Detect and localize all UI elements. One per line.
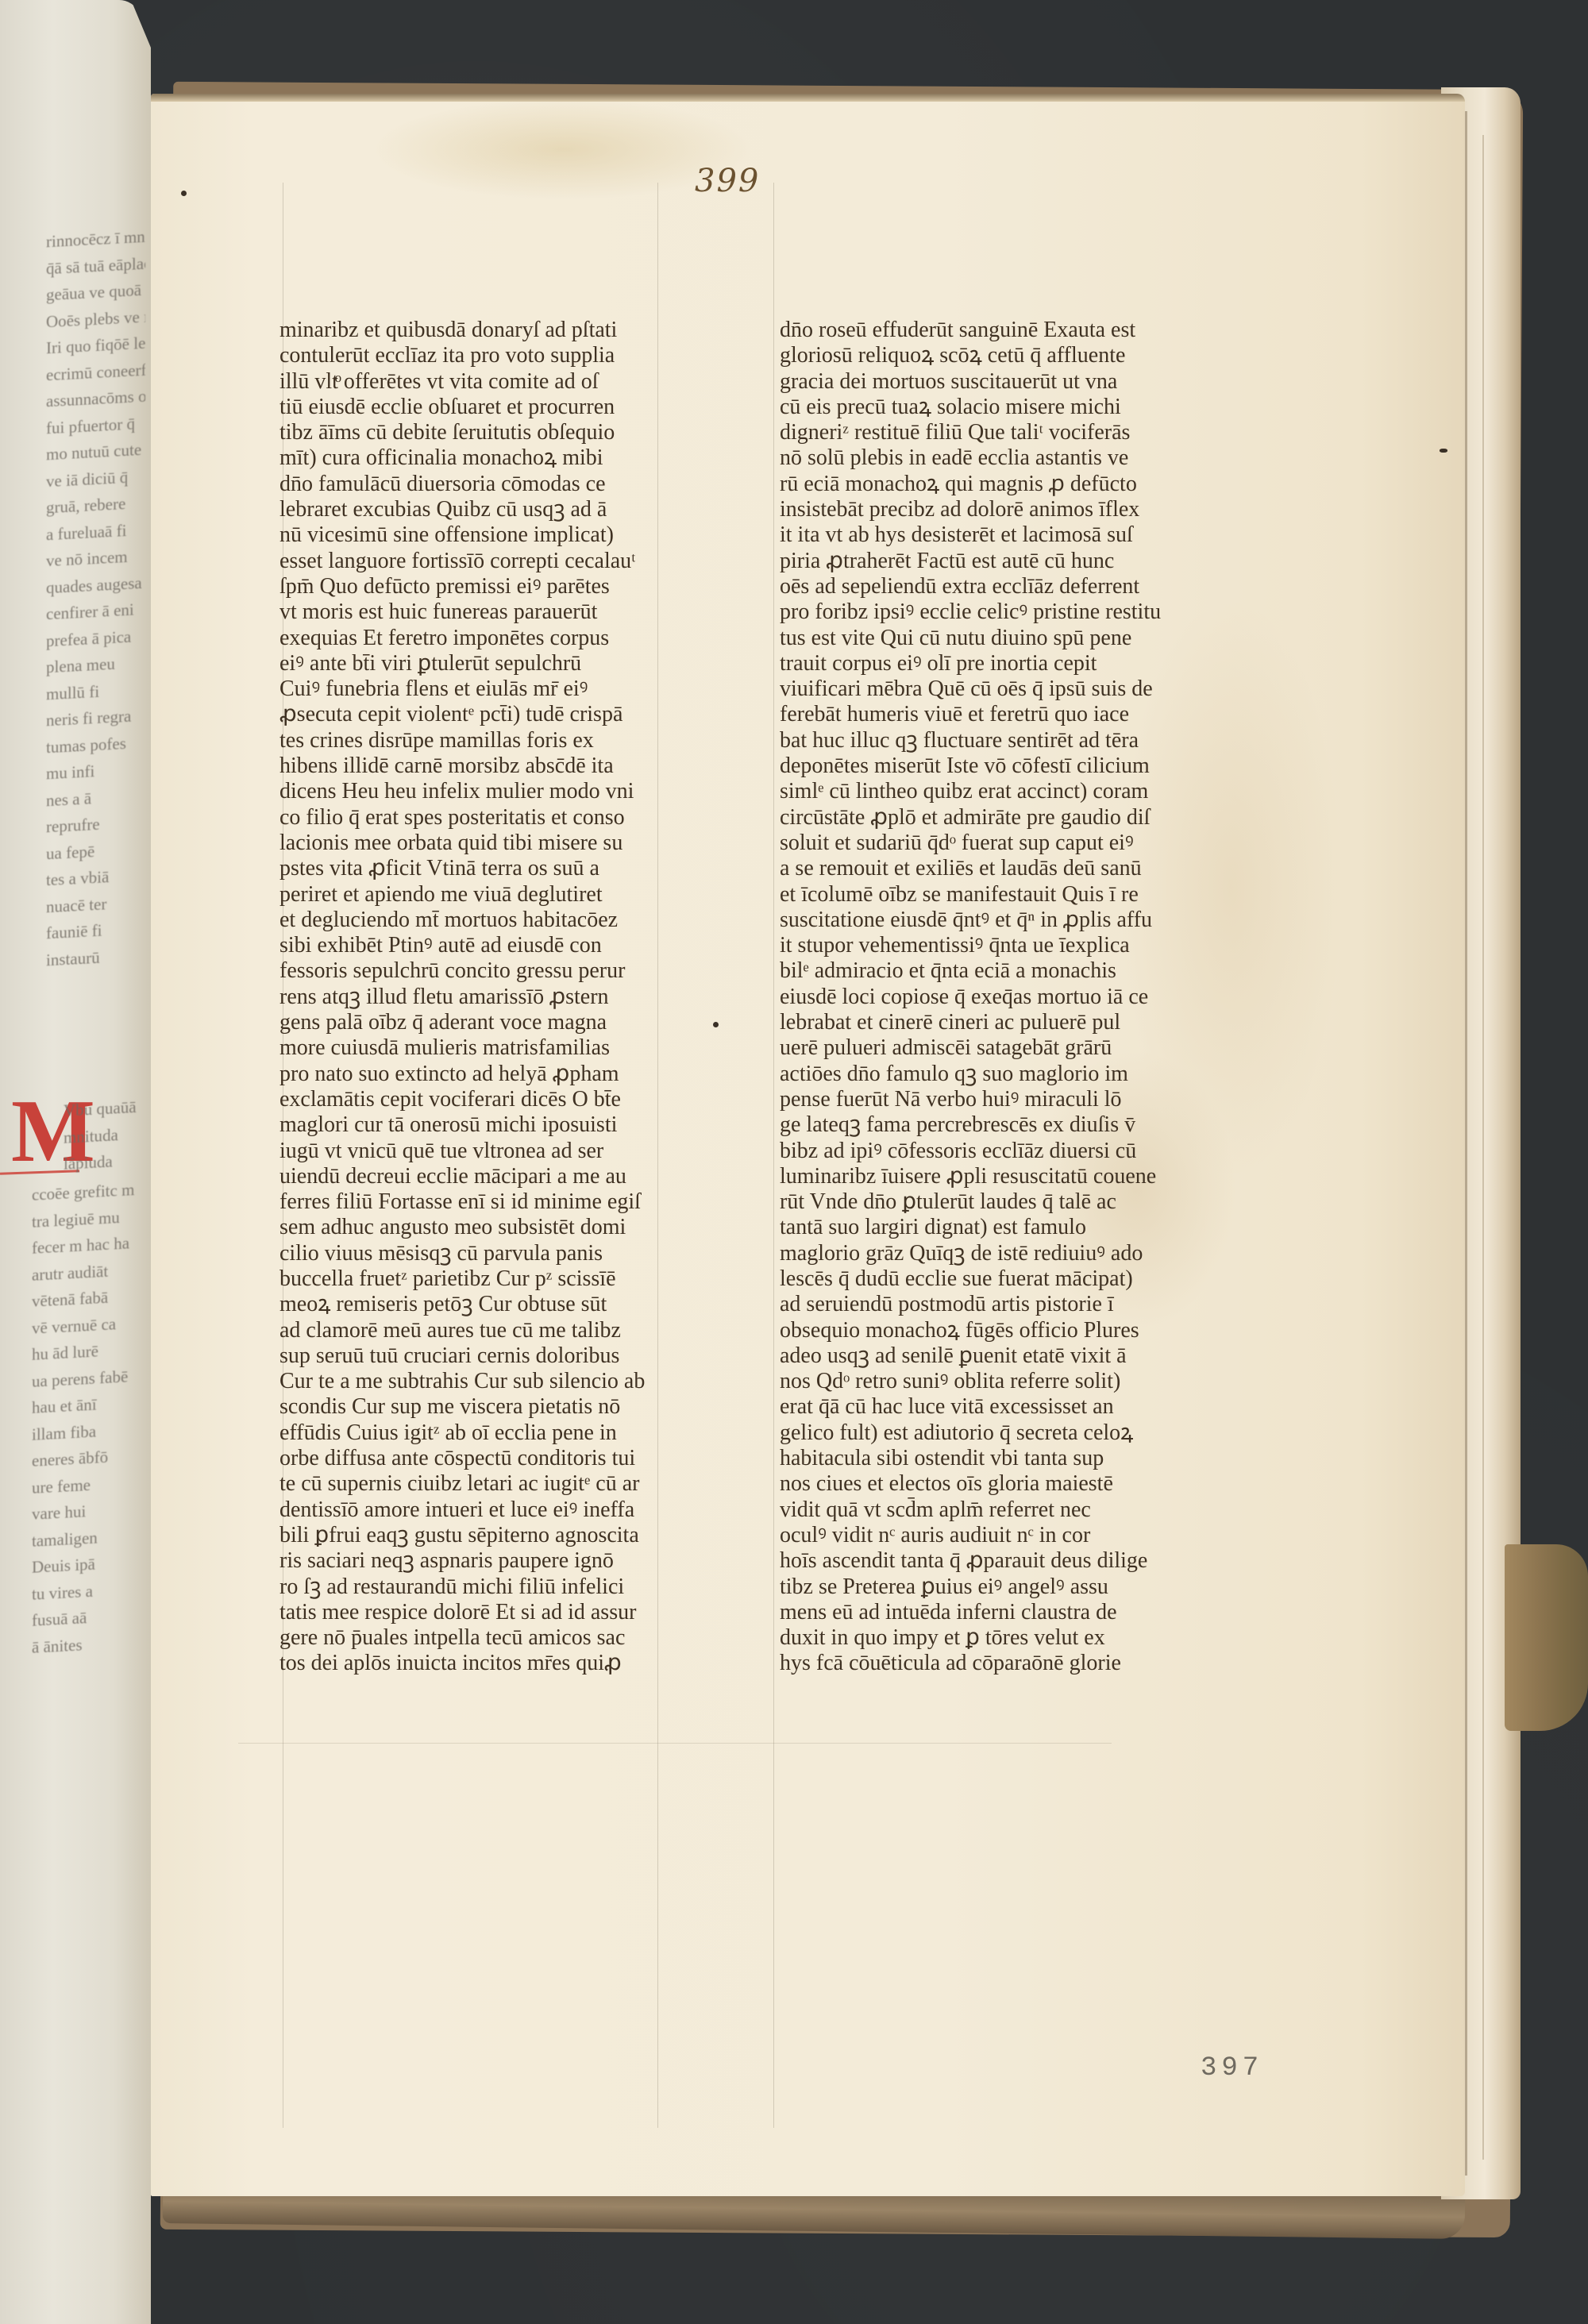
text-line: oculꝰ vidit nᶜ auris audiuit nᶜ in cor bbox=[780, 1523, 1224, 1548]
text-line: gere nō p̄uales intpella tecū amicos sac bbox=[279, 1625, 724, 1651]
text-line: it stupor vehementissiꝰ q̄nta ue īexplic… bbox=[780, 933, 1224, 958]
ruling-line bbox=[773, 183, 774, 2128]
facing-text-line: mnituda bbox=[64, 1120, 147, 1151]
leather-clasp bbox=[1505, 1544, 1588, 1731]
text-line: cū eis precū tuaꝝ solacio misere michi bbox=[780, 395, 1224, 420]
text-line: oēs ad sepeliendū extra ecclīāz deferren… bbox=[780, 574, 1224, 599]
text-line: gloriosū reliquoꝝ scōꝝ cetū q̄ affluente bbox=[780, 343, 1224, 368]
red-initial-letter: M bbox=[11, 1092, 57, 1171]
text-line: meoꝝ remiseris petōꝫ Cur obtuse sūt bbox=[279, 1292, 724, 1317]
ruling-line bbox=[238, 1743, 1112, 1744]
ink-spot bbox=[1440, 449, 1447, 453]
text-line: nos ciues et electos oīs gloria maiestē bbox=[780, 1471, 1224, 1497]
text-line: ferres filiū Fortasse enī si id minime e… bbox=[279, 1189, 724, 1215]
text-line: pense fuerūt Nā verbo huiꝰ miraculi lō bbox=[780, 1087, 1224, 1112]
text-line: it ita vt ab hys desisterēt et lacimosā … bbox=[780, 522, 1224, 548]
text-line: vidit quā vt scd̄m aplm̄ referret nec bbox=[780, 1497, 1224, 1523]
text-line: tantā suo largiri dignat) est famulo bbox=[780, 1215, 1224, 1240]
facing-text-line: mo nutuū cute bbox=[46, 437, 145, 468]
text-line: Cuiꝰ funebria flens et eiulās mr̄ eiꝰ bbox=[279, 676, 724, 702]
text-line: lebraret excubias Quibz cū usqꝫ ad ā bbox=[279, 497, 724, 522]
text-line: illū vltͦ offerētes vt vita comite ad oſ bbox=[279, 369, 724, 395]
facing-page-text-top: rinnocēcz ī mnaē lāpraq̄ā sā tuā eāplacā… bbox=[46, 224, 145, 974]
text-line: ris saciari neqꝫ aspnaris paupere ignō bbox=[279, 1548, 724, 1574]
text-line: obsequio monachoꝝ fūgēs officio Plures bbox=[780, 1318, 1224, 1343]
text-line: ad seruiendū postmodū artis pistorie ī bbox=[780, 1292, 1224, 1317]
text-line: dentissīō amore intueri et luce eiꝰ inef… bbox=[279, 1497, 724, 1523]
text-line: maglori cur tā onerosū michi iposuisti bbox=[279, 1112, 724, 1138]
facing-page: rinnocēcz ī mnaē lāpraq̄ā sā tuā eāplacā… bbox=[0, 0, 151, 2324]
text-line: dn̄o roseū effuderūt sanguinē Exauta est bbox=[780, 318, 1224, 343]
page-top-edge bbox=[151, 94, 1465, 102]
text-line: more cuiusdā mulieris matrisfamilias bbox=[279, 1035, 724, 1061]
text-line: deponētes miserūt Iste vō cōfestī cilici… bbox=[780, 753, 1224, 779]
text-line: ad clamorē meū aures tue cū me talibz bbox=[279, 1318, 724, 1343]
text-line: cilio viuus mēsisqꝫ cū parvula panis bbox=[279, 1241, 724, 1266]
text-line: eiꝰ ante bt̄i viri ꝑtulerūt sepulchrū bbox=[279, 651, 724, 676]
facing-text-line: Vbu quaūā bbox=[64, 1093, 147, 1124]
text-line: gelico fult) est adiutorio q̄ secreta ce… bbox=[780, 1420, 1224, 1446]
text-line: uiendū decreui ecclie mācipari a me au bbox=[279, 1164, 724, 1189]
text-line: iugū vt vnicū quē tue vltronea ad ser bbox=[279, 1139, 724, 1164]
folio-number-stamped: 397 bbox=[1201, 2053, 1263, 2083]
text-line: tos dei aplōs inuicta incitos mr̄es quiꝓ bbox=[279, 1651, 724, 1676]
facing-text-line: ā ānites bbox=[32, 1628, 147, 1661]
text-line: tus est vite Qui cū nutu diuino spū pene bbox=[780, 626, 1224, 651]
text-line: tibz āīms cū debite ſeruitutis obſequio bbox=[279, 420, 724, 445]
text-line: pstes vita ꝓficit Vtinā terra os suū a bbox=[279, 856, 724, 881]
text-line: nū vicesimū sine offensione implicat) bbox=[279, 522, 724, 548]
text-line: suscitatione eiusdē q̄ntꝰ et q̄ⁿ in ꝓpli… bbox=[780, 908, 1224, 933]
folio-number-handwritten: 399 bbox=[695, 163, 760, 199]
text-line: minaribz et quibusdā donaryſ ad pſtati bbox=[279, 318, 724, 343]
text-column-right: dn̄o roseū effuderūt sanguinē Exauta est… bbox=[780, 318, 1224, 1677]
text-line: ꝓsecuta cepit violentᵉ pct̄i) tudē crisp… bbox=[279, 702, 724, 727]
text-line: duxit in quo impy et ꝑ tōres velut ex bbox=[780, 1625, 1224, 1651]
text-line: mīt) cura officinalia monachoꝝ mibi bbox=[279, 445, 724, 471]
facing-page-text-initial: Vbu quaūāmnitudalāpiuda bbox=[64, 1093, 147, 1177]
ink-spot bbox=[181, 191, 187, 196]
text-line: sem adhuc angusto meo subsistēt domi bbox=[279, 1215, 724, 1240]
text-line: exclamātis cepit vociferari dicēs O bt̄e bbox=[279, 1087, 724, 1112]
text-line: lacionis mee orbata quid tibi misere su bbox=[279, 831, 724, 856]
text-line: nō solū plebis in eadē ecclia astantis v… bbox=[780, 445, 1224, 471]
text-line: sup seruū tuū cruciari cernis doloribus bbox=[279, 1343, 724, 1369]
text-column-left: minaribz et quibusdā donaryſ ad pſtatico… bbox=[279, 318, 724, 1677]
text-line: et degluciendo mt̄ mortuos habitacōez bbox=[279, 908, 724, 933]
text-line: tes crines disrūpe mamillas foris ex bbox=[279, 728, 724, 753]
text-line: hoīs ascendit tanta q̄ ꝓparauit deus dil… bbox=[780, 1548, 1224, 1574]
text-line: tatis mee respice dolorē Et si ad id ass… bbox=[279, 1600, 724, 1625]
text-line: gens palā oībz q̄ aderant voce magna bbox=[279, 1010, 724, 1035]
text-line: rū eciā monachoꝝ qui magnis ꝓ defūcto bbox=[780, 472, 1224, 497]
text-line: luminaribz īuisere ꝓpli resuscitatū coue… bbox=[780, 1164, 1224, 1189]
text-line: buccella fruetᶻ parietibz Cur pᶻ scissīē bbox=[279, 1266, 724, 1292]
text-line: actiōes dn̄o famulo qꝫ suo maglorio im bbox=[780, 1062, 1224, 1087]
text-line: habitacula sibi ostendit vbi tanta sup bbox=[780, 1446, 1224, 1471]
text-line: pro nato suo extincto ad helyā ꝓpham bbox=[279, 1062, 724, 1087]
text-line: ſpm̄ Quo defūcto premissi eiꝰ parētes bbox=[279, 574, 724, 599]
facing-text-line: prefea ā pica bbox=[46, 622, 145, 654]
text-line: circūstāte ꝓplō et admirāte pre gaudio d… bbox=[780, 805, 1224, 831]
text-line: et īcolumē oībz se manifestauit Quis ī r… bbox=[780, 882, 1224, 908]
text-line: uerē pulueri admiscēi satagebāt grārū bbox=[780, 1035, 1224, 1061]
text-line: rūt Vnde dn̄o ꝑtulerūt laudes q̄ talē ac bbox=[780, 1189, 1224, 1215]
text-line: exequias Et feretro imponētes corpus bbox=[279, 626, 724, 651]
text-line: hys fcā cōuēticula ad cōparaōnē glorie bbox=[780, 1651, 1224, 1676]
text-line: sibi exhibēt Ptinꝰ autē ad eiusdē con bbox=[279, 933, 724, 958]
text-line: mens eū ad intuēda inferni claustra de bbox=[780, 1600, 1224, 1625]
text-line: tibz se Preterea ꝑuius eiꝰ angelꝰ assu bbox=[780, 1574, 1224, 1600]
text-line: orbe diffusa ante cōspectū conditoris tu… bbox=[279, 1446, 724, 1471]
text-line: erat q̄ā cū hac luce vitā excessisset an bbox=[780, 1394, 1224, 1420]
text-line: soluit et sudariū q̄dᵒ fuerat sup caput … bbox=[780, 831, 1224, 856]
text-line: a se remouit et exiliēs et laudās deū sa… bbox=[780, 856, 1224, 881]
text-line: periret et apiendo me viuā deglutiret bbox=[279, 882, 724, 908]
text-line: vt moris est huic funereas parauerūt bbox=[279, 599, 724, 625]
text-line: maglorio grāz Quīqꝫ de istē rediuiuꝰ ado bbox=[780, 1241, 1224, 1266]
facing-text-line: instaurū bbox=[46, 942, 145, 973]
text-line: gracia dei mortuos suscitauerūt ut vna bbox=[780, 369, 1224, 395]
facing-page-text-bottom: ccoēe grefitc mtra legiuē mufecer m hac … bbox=[32, 1176, 147, 1661]
text-line: Cur te a me subtrahis Cur sub silencio a… bbox=[279, 1369, 724, 1394]
text-line: bili ꝑfrui eaqꝫ gustu sēpiterno agnoscit… bbox=[279, 1523, 724, 1548]
facing-text-line: lāpiuda bbox=[64, 1147, 147, 1177]
text-line: lebrabat et cinerē cineri ac puluerē pul bbox=[780, 1010, 1224, 1035]
text-line: viuificari mēbra Quē cū oēs q̄ ipsū suis… bbox=[780, 676, 1224, 702]
text-line: pro foribz ipsiꝰ ecclie celicꝰ pristine … bbox=[780, 599, 1224, 625]
text-line: fessoris sepulchrū concito gressu perur bbox=[279, 958, 724, 984]
text-line: co filio q̄ erat spes posteritatis et co… bbox=[279, 805, 724, 831]
text-line: bibz ad ipiꝰ cōfessoris ecclīāz diuersi … bbox=[780, 1139, 1224, 1164]
text-line: esset languore fortissīō correpti cecala… bbox=[279, 549, 724, 574]
text-line: eiusdē loci copiose q̄ exeq̄as mortuo iā… bbox=[780, 985, 1224, 1010]
text-line: contulerūt ecclīaz ita pro voto supplia bbox=[279, 343, 724, 368]
text-line: ro ſꝫ ad restaurandū michi filiū infelic… bbox=[279, 1574, 724, 1600]
text-line: te cū supernis ciuibz letari ac iugitᵉ c… bbox=[279, 1471, 724, 1497]
text-line: ferebāt humeris viuē et feretrū quo iace bbox=[780, 702, 1224, 727]
text-line: piria ꝓtraherēt Factū est autē cū hunc bbox=[780, 549, 1224, 574]
text-line: trauit corpus eiꝰ olī pre inortia cepit bbox=[780, 651, 1224, 676]
text-line: adeo usqꝫ ad senilē ꝑuenit etatē vixit ā bbox=[780, 1343, 1224, 1369]
text-line: dicens Heu heu infelix mulier modo vni bbox=[279, 779, 724, 804]
text-line: simlᵉ cū lintheo quibz erat accinct) cor… bbox=[780, 779, 1224, 804]
facing-text-line: neris fi regra bbox=[46, 703, 145, 734]
text-line: nos Qdᵒ retro suniꝰ oblita referre solit… bbox=[780, 1369, 1224, 1394]
text-line: bilᵉ admiracio et q̄nta eciā a monachis bbox=[780, 958, 1224, 984]
text-line: hibens illidē carnē morsibz absc̄dē ita bbox=[279, 753, 724, 779]
text-line: insistebāt precibz ad dolorē animos īfle… bbox=[780, 497, 1224, 522]
text-line: ge lateqꝫ fama percrebrescēs ex diuſis v… bbox=[780, 1112, 1224, 1138]
text-line: scondis Cur sup me viscera pietatis nō bbox=[279, 1394, 724, 1420]
text-line: tiū eiusdē ecclie obſuaret et procurren bbox=[279, 395, 724, 420]
text-line: bat huc illuc qꝫ fluctuare sentirēt ad t… bbox=[780, 728, 1224, 753]
text-line: effūdis Cuius igitᶻ ab oī ecclia pene in bbox=[279, 1420, 724, 1446]
text-line: dn̄o famulācū diuersoria cōmodas ce bbox=[279, 472, 724, 497]
text-line: lescēs q̄ dudū ecclie sue fuerat mācipat… bbox=[780, 1266, 1224, 1292]
text-line: rens atqꝫ illud fletu amarissīō ꝓstern bbox=[279, 985, 724, 1010]
text-line: digneriᶻ restituē filiū Que taliᵗ vocife… bbox=[780, 420, 1224, 445]
